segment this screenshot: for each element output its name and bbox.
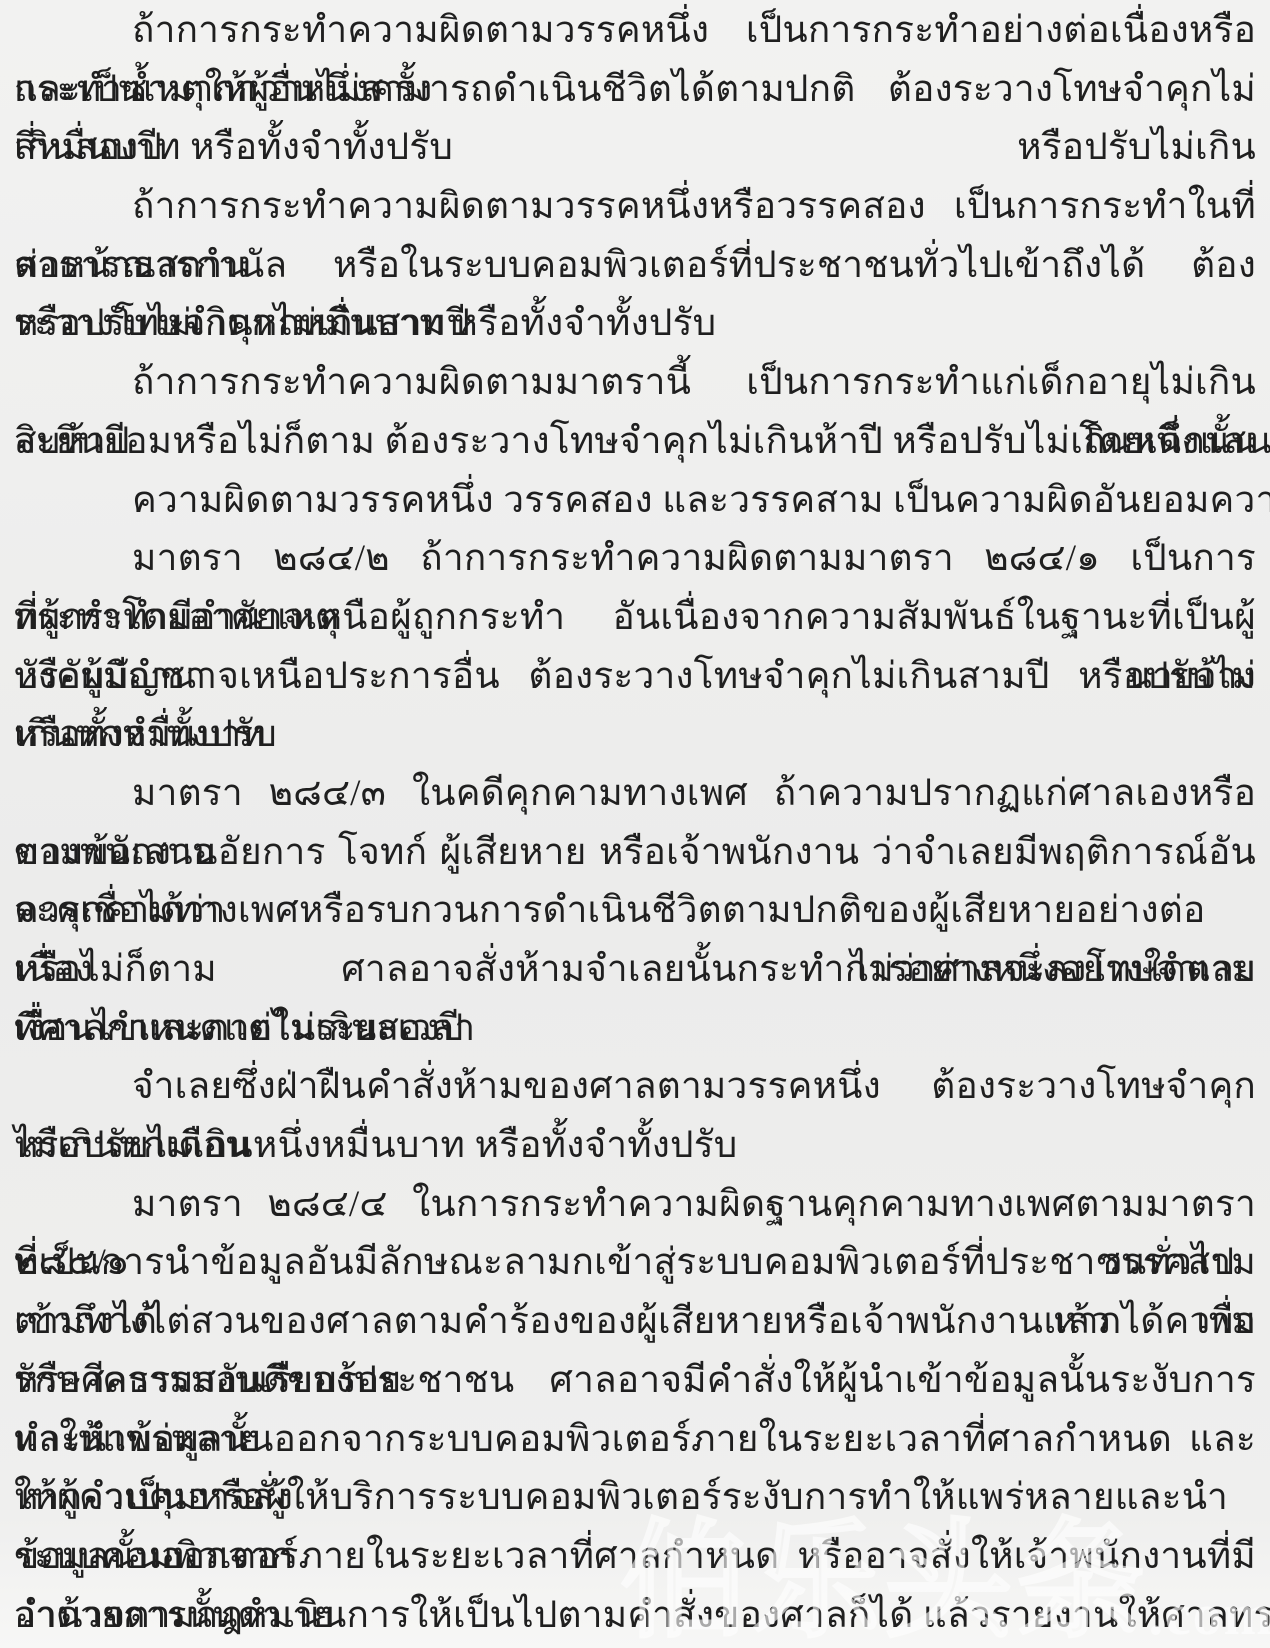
text-line: หรือศีลธรรมอันดีของประชาชน ศาลอาจมีคำสั่… [14,1352,1256,1411]
text-line: ถ้าการกระทำความผิดตามมาตรานี้ เป็นการกระ… [14,354,1256,413]
paragraph: ถ้าการกระทำความผิดตามวรรคหนึ่ง เป็นการกร… [14,2,1256,178]
text-line: และเป็นเหตุให้ผู้อื่นไม่สามารถดำเนินชีวิ… [14,61,1256,120]
text-line: มาตรา ๒๘๔/๔ ในการกระทำความผิดฐานคุกคามทา… [14,1176,1256,1235]
paragraph: มาตรา ๒๘๔/๓ ในคดีคุกคามทางเพศ ถ้าความปรา… [14,765,1256,1058]
text-line: ต่อหน้าธารกำนัล หรือในระบบคอมพิวเตอร์ที่… [14,237,1256,296]
text-line: ที่ผู้กระทำมีอำนาจเหนือผู้ถูกกระทำ อันเน… [14,589,1256,648]
paragraph: ถ้าการกระทำความผิดตามวรรคหนึ่งหรือวรรคสอ… [14,178,1256,354]
text-line: หรือปรับไม่เกินหกหมื่นบาท หรือทั้งจำทั้ง… [14,295,1256,354]
text-line: และนำข้อมูลนั้นออกจากระบบคอมพิวเตอร์ภายใ… [14,1411,1256,1470]
text-line: จำเลยซึ่งฝ่าฝืนคำสั่งห้ามของศาลตามวรรคหน… [14,1058,1256,1117]
paragraph: ถ้าการกระทำความผิดตามมาตรานี้ เป็นการกระ… [14,354,1256,471]
text-line: หรือทั้งจำทั้งปรับ [14,706,1256,765]
text-line: มาตรา ๒๘๔/๓ ในคดีคุกคามทางเพศ ถ้าความปรา… [14,765,1256,824]
text-line: หรือผู้มีอำนาจเหนือประการอื่น ต้องระวางโ… [14,648,1256,707]
text-line: หรือไม่ก็ตาม ศาลอาจสั่งห้ามจำเลยนั้นกระท… [14,941,1256,1000]
text-line: จะคุกคามทางเพศหรือรบกวนการดำเนินชีวิตตาม… [14,882,1256,941]
text-line: ที่ศาลกำหนดแต่ไม่เกินสองปี [14,1000,1256,1059]
text-line: หรือปรับไม่เกินหนึ่งหมื่นบาท หรือทั้งจำท… [14,1117,1256,1176]
text-line: ความผิดตามวรรคหนึ่ง วรรคสอง และวรรคสาม เ… [14,472,1256,531]
text-line: ระบบคอมพิวเตอร์ภายในระยะเวลาที่ศาลกำหนด … [14,1528,1256,1587]
paragraph: จำเลยซึ่งฝ่าฝืนคำสั่งห้ามของศาลตามวรรคหน… [14,1058,1256,1175]
text-line: จะยินยอมหรือไม่ก็ตาม ต้องระวางโทษจำคุกไม… [14,413,1256,472]
text-line: ของพนักงานอัยการ โจทก์ ผู้เสียหาย หรือเจ… [14,824,1256,883]
text-line: มาตรา ๒๘๔/๒ ถ้าการกระทำความผิดตามมาตรา ๒… [14,530,1256,589]
text-line: ที่เป็นการนำข้อมูลอันมีลักษณะลามกเข้าสู่… [14,1234,1256,1293]
paragraph: ความผิดตามวรรคหนึ่ง วรรคสอง และวรรคสาม เ… [14,472,1256,531]
document-page: ถ้าการกระทำความผิดตามวรรคหนึ่ง เป็นการกร… [0,0,1270,1648]
legal-text-block: ถ้าการกระทำความผิดตามวรรคหนึ่ง เป็นการกร… [14,2,1256,1645]
text-line: ตามทางไต่สวนของศาลตามคำร้องของผู้เสียหาย… [14,1293,1256,1352]
text-line: ให้ผู้ควบคุมหรือผู้ให้บริการระบบคอมพิวเต… [14,1469,1256,1528]
text-line: ถ้าการกระทำความผิดตามวรรคหนึ่งหรือวรรคสอ… [14,178,1256,237]
text-line: ว่าด้วยการนั้นดำเนินการให้เป็นไปตามคำสั่… [14,1587,1256,1646]
paragraph: มาตรา ๒๘๔/๒ ถ้าการกระทำความผิดตามมาตรา ๒… [14,530,1256,765]
text-line: ถ้าการกระทำความผิดตามวรรคหนึ่ง เป็นการกร… [14,2,1256,61]
paragraph: มาตรา ๒๘๔/๔ ในการกระทำความผิดฐานคุกคามทา… [14,1176,1256,1646]
